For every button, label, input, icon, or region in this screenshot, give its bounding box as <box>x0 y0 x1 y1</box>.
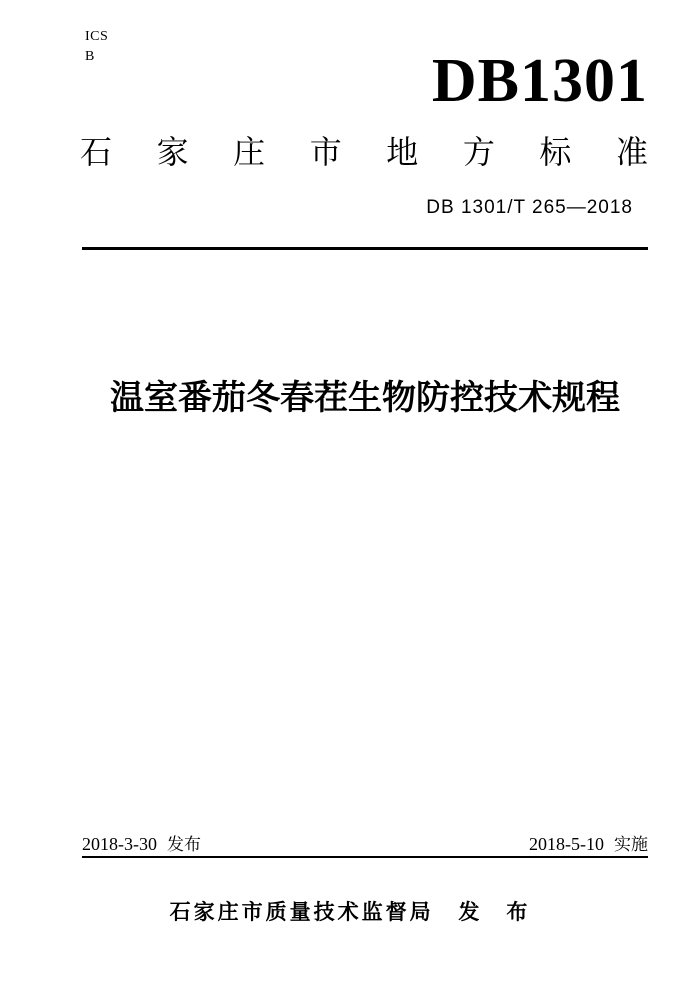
issue-date: 2018-3-30 <box>82 834 157 854</box>
standard-name-char: 地 <box>386 134 418 170</box>
footer-rule <box>82 856 648 858</box>
publish-label: 发 布 <box>458 901 530 924</box>
standard-name-char: 方 <box>463 134 495 170</box>
issue-label: 发布 <box>167 835 201 854</box>
db-code: DB1301 <box>432 50 648 112</box>
header-rule <box>82 247 648 250</box>
standard-name-char: 市 <box>310 134 342 170</box>
implement-label: 实施 <box>614 835 648 854</box>
standard-name-char: 庄 <box>233 134 265 170</box>
implement-date: 2018-5-10 <box>529 834 604 854</box>
implement-date-group: 2018-5-10 实施 <box>529 833 648 856</box>
standard-name: 石 家 庄 市 地 方 标 准 <box>80 134 648 170</box>
publisher-name: 石家庄市质量技术监督局 <box>170 901 434 924</box>
issue-date-group: 2018-3-30 发布 <box>82 833 201 856</box>
standard-name-char: 标 <box>539 134 571 170</box>
standard-name-char: 石 <box>80 134 112 170</box>
publisher-row: 石家庄市质量技术监督局 发 布 <box>0 900 700 926</box>
standard-cover-page: ICS B DB1301 石 家 庄 市 地 方 标 准 DB 1301/T 2… <box>0 0 700 990</box>
ics-block: ICS B <box>85 27 108 67</box>
standard-name-char: 家 <box>157 134 189 170</box>
ics-classification: B <box>85 47 108 67</box>
document-number: DB 1301/T 265—2018 <box>426 197 633 219</box>
ics-label: ICS <box>85 27 108 47</box>
footer-dates: 2018-3-30 发布 2018-5-10 实施 <box>82 833 648 856</box>
standard-name-char: 准 <box>616 134 648 170</box>
document-title: 温室番茄冬春茬生物防控技术规程 <box>82 379 648 417</box>
